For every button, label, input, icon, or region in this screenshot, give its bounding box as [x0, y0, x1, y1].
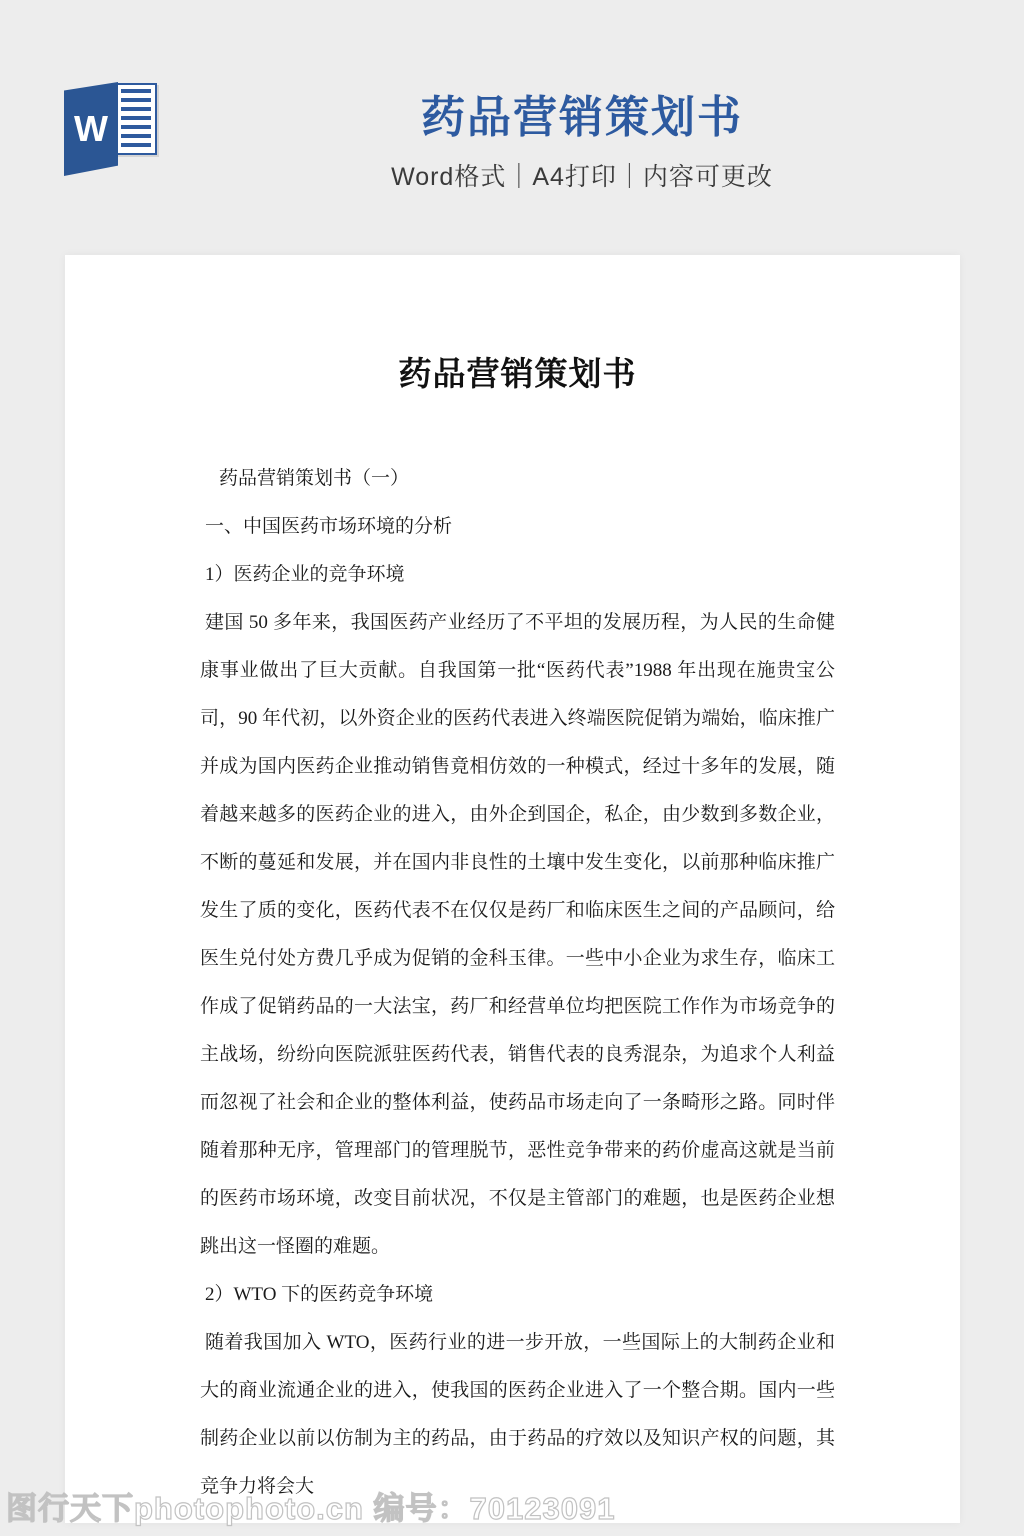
- header-text-block: 药品营销策划书 Word格式｜A4打印｜内容可更改: [160, 92, 1004, 193]
- watermark-text: 图行天下photophoto.cn 编号：70123091: [6, 1483, 615, 1528]
- word-logo-letter: W: [74, 111, 108, 147]
- document-title: 药品营销策划书: [200, 355, 835, 395]
- word-logo-icon: W: [64, 82, 164, 180]
- word-logo-page-lines: [121, 89, 151, 149]
- document-subtitle-line: 药品营销策划书（一）: [200, 455, 835, 503]
- document-body: 药品营销策划书（一） 一、中国医药市场环境的分析 1）医药企业的竞争环境 建国 …: [200, 455, 835, 1511]
- section-heading-1-2: 2）WTO 下的医药竞争环境: [200, 1271, 835, 1319]
- document-page: 药品营销策划书 药品营销策划书（一） 一、中国医药市场环境的分析 1）医药企业的…: [65, 255, 960, 1523]
- page-subtitle: Word格式｜A4打印｜内容可更改: [160, 157, 1004, 193]
- section-heading-1-1: 1）医药企业的竞争环境: [200, 551, 835, 599]
- site-header: W 药品营销策划书 Word格式｜A4打印｜内容可更改: [0, 0, 1024, 255]
- paragraph-1: 建国 50 多年来，我国医药产业经历了不平坦的发展历程，为人民的生命健康事业做出…: [200, 599, 835, 1271]
- word-logo-w-panel: W: [64, 82, 118, 176]
- section-heading-1: 一、中国医药市场环境的分析: [200, 503, 835, 551]
- page-title: 药品营销策划书: [160, 92, 1004, 145]
- word-logo-page-icon: [115, 83, 157, 155]
